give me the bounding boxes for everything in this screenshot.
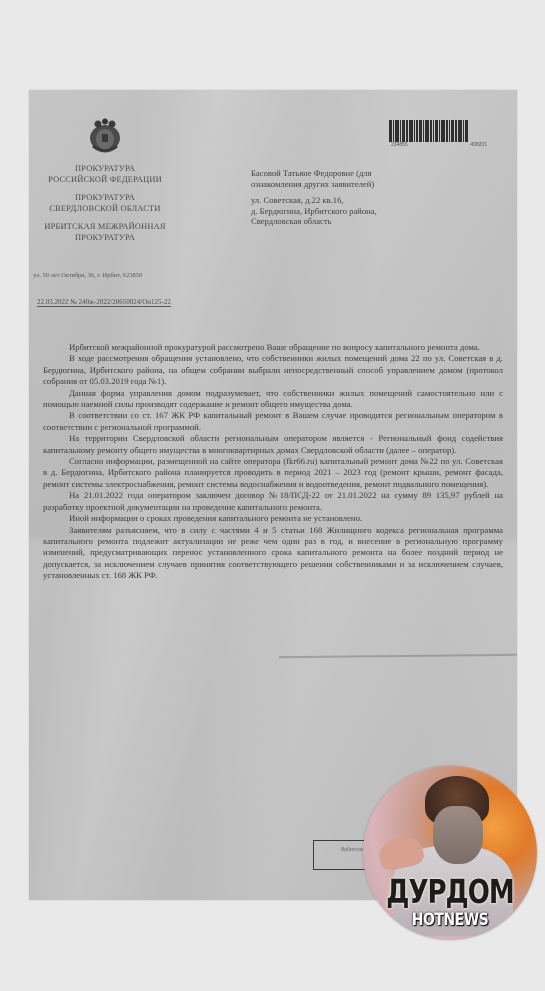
sender-line: ПРОКУРАТУРА [35,193,175,204]
barcode-number-right: 408201 [470,142,487,148]
channel-watermark-avatar: ДУРДОМ HOTNEWS [363,766,537,940]
body-paragraph: Заявителям разъясняем, что в силу с част… [43,525,503,582]
sender-address: ул. 50 лет Октября, 36, г. Ирбит, 623850 [33,272,142,279]
recipient-name-line: ознакомления других заявителей) [251,179,451,190]
body-paragraph: В ходе рассмотрения обращения установлен… [43,353,503,387]
body-paragraph: На территории Свердловской области регио… [43,433,503,456]
recipient-address-line: ул. Советская, д.22 кв.16, [251,195,451,206]
body-paragraph: Данная форма управления домом подразумев… [43,388,503,411]
russian-coat-of-arms-icon [87,118,123,156]
barcode-number: 234855 408201 [391,142,487,148]
watermark-title: ДУРДОМ [363,874,537,912]
body-paragraph: В соответствии со ст. 167 ЖК РФ капиталь… [43,410,503,433]
document-reference: 22.03.2022 № 240ж-2022/20650024/Он125-22 [37,298,171,307]
recipient-address-line: д. Бердюгина, Ирбитского района, [251,206,451,217]
recipient-address-line: Свердловская область [251,216,451,227]
sender-line: ПРОКУРАТУРА [35,164,175,175]
body-paragraph: На 21.01.2022 года оператором заключен д… [43,490,503,513]
recipient-block: Басовой Татьяне Федоровне (для ознакомле… [251,168,451,227]
paper-fold-crease [279,654,517,659]
sender-line: РОССИЙСКОЙ ФЕДЕРАЦИИ [35,175,175,186]
body-paragraph: Иной информации о сроках проведения капи… [43,513,503,524]
sender-line: СВЕРДЛОВСКОЙ ОБЛАСТИ [35,204,175,215]
body-paragraph: Согласно информации, размещенной на сайт… [43,456,503,490]
watermark-subtitle: HOTNEWS [363,910,537,929]
sender-line: ПРОКУРАТУРА [35,233,175,244]
recipient-name-line: Басовой Татьяне Федоровне (для [251,168,451,179]
barcode-icon [389,120,485,142]
sender-block: ПРОКУРАТУРА РОССИЙСКОЙ ФЕДЕРАЦИИ ПРОКУРА… [35,164,175,243]
barcode-number-left: 234855 [391,142,408,148]
avatar-face [433,806,483,864]
body-paragraph: Ирбитской межрайонной прокуратурой рассм… [43,342,503,353]
sender-line: ИРБИТСКАЯ МЕЖРАЙОННАЯ [35,222,175,233]
letter-body: Ирбитской межрайонной прокуратурой рассм… [43,342,503,582]
